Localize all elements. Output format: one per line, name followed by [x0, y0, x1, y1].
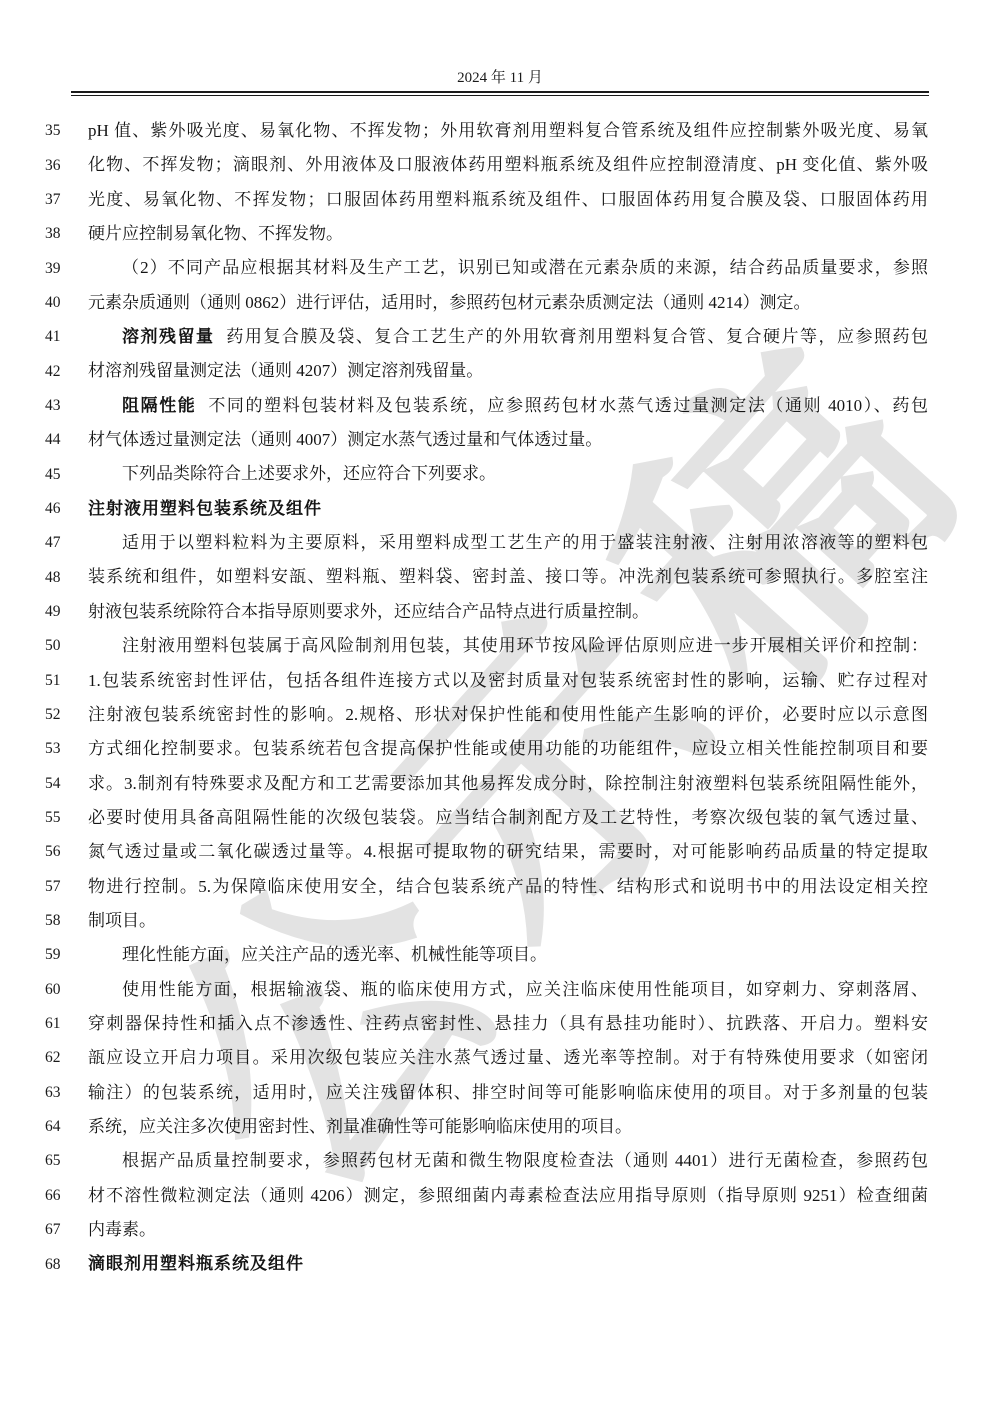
bold-run-in-heading: 阻隔性能: [122, 396, 196, 415]
text-line: 46 注射液用塑料包装系统及组件: [0, 492, 1000, 526]
line-number: 47: [45, 534, 88, 552]
line-body-text: 注射液包装系统密封性的影响。2.规格、形状对保护性能和使用性能产生影响的评价，必…: [88, 705, 928, 724]
line-text: 内毒素。: [88, 1213, 928, 1247]
line-text: 方式细化控制要求。包装系统若包含提高保护性能或使用功能的功能组件，应设立相关性能…: [88, 732, 928, 766]
line-body-text: 元素杂质通则（通则 0862）进行评估，适用时，参照药包材元素杂质测定法（通则 …: [88, 293, 811, 312]
line-body-text: 氮气透过量或二氧化碳透过量等。4.根据可提取物的研究结果，需要时，对可能影响药品…: [88, 842, 928, 861]
line-text: 射液包装系统除符合本指导原则要求外，还应结合产品特点进行质量控制。: [88, 595, 928, 629]
text-line: 60 使用性能方面，根据输液袋、瓶的临床使用方式，应关注临床使用性能项目，如穿刺…: [0, 973, 1000, 1007]
line-text: 1.包装系统密封性评估，包括各组件连接方式以及密封质量对包装系统密封性的影响，运…: [88, 664, 928, 698]
line-body-text: 理化性能方面，应关注产品的透光率、机械性能等项目。: [122, 945, 547, 964]
line-number: 56: [45, 843, 88, 861]
line-text: 氮气透过量或二氧化碳透过量等。4.根据可提取物的研究结果，需要时，对可能影响药品…: [88, 835, 928, 869]
text-line: 37 光度、易氧化物、不挥发物；口服固体药用塑料瓶系统及组件、口服固体药用复合膜…: [0, 183, 1000, 217]
text-line: 61 穿刺器保持性和插入点不渗透性、注药点密封性、悬挂力（具有悬挂功能时）、抗跌…: [0, 1007, 1000, 1041]
document-page: 公示稿 2024 年 11 月 35 pH 值、紫外吸光度、易氧化物、不挥发物；…: [0, 0, 1000, 1414]
document-body: 35 pH 值、紫外吸光度、易氧化物、不挥发物；外用软膏剂用塑料复合管系统及组件…: [0, 114, 1000, 1282]
text-line: 47 适用于以塑料粒料为主要原料，采用塑料成型工艺生产的用于盛装注射液、注射用浓…: [0, 526, 1000, 560]
text-line: 58 制项目。: [0, 904, 1000, 938]
line-body-text: 输注）的包装系统，适用时，应关注残留体积、排空时间等可能影响临床使用的项目。对于…: [88, 1083, 928, 1102]
line-number: 64: [45, 1118, 88, 1136]
line-number: 59: [45, 946, 88, 964]
line-text: 求。3.制剂有特殊要求及配方和工艺需要添加其他易挥发成分时，除控制注射液塑料包装…: [88, 767, 928, 801]
line-number: 57: [45, 878, 88, 896]
line-text: 溶剂残留量药用复合膜及袋、复合工艺生产的外用软膏剂用塑料复合管、复合硬片等，应参…: [88, 320, 928, 354]
line-text: 输注）的包装系统，适用时，应关注残留体积、排空时间等可能影响临床使用的项目。对于…: [88, 1076, 928, 1110]
text-line: 56 氮气透过量或二氧化碳透过量等。4.根据可提取物的研究结果，需要时，对可能影…: [0, 835, 1000, 869]
line-number: 61: [45, 1015, 88, 1033]
text-line: 40 元素杂质通则（通则 0862）进行评估，适用时，参照药包材元素杂质测定法（…: [0, 286, 1000, 320]
line-text: 材溶剂残留量测定法（通则 4207）测定溶剂残留量。: [88, 354, 928, 388]
line-number: 38: [45, 225, 88, 243]
line-text: 注射液包装系统密封性的影响。2.规格、形状对保护性能和使用性能产生影响的评价，必…: [88, 698, 928, 732]
text-line: 35 pH 值、紫外吸光度、易氧化物、不挥发物；外用软膏剂用塑料复合管系统及组件…: [0, 114, 1000, 148]
line-number: 50: [45, 637, 88, 655]
line-body-text: 穿刺器保持性和插入点不渗透性、注药点密封性、悬挂力（具有悬挂功能时）、抗跌落、开…: [88, 1014, 928, 1033]
text-line: 64 系统，应关注多次使用密封性、剂量准确性等可能影响临床使用的项目。: [0, 1110, 1000, 1144]
line-text: 穿刺器保持性和插入点不渗透性、注药点密封性、悬挂力（具有悬挂功能时）、抗跌落、开…: [88, 1007, 928, 1041]
line-body-text: 光度、易氧化物、不挥发物；口服固体药用塑料瓶系统及组件、口服固体药用复合膜及袋、…: [88, 190, 928, 209]
line-body-text: 系统，应关注多次使用密封性、剂量准确性等可能影响临床使用的项目。: [88, 1117, 632, 1136]
line-body-text: 注射液用塑料包装属于高风险制剂用包装，其使用环节按风险评估原则应进一步开展相关评…: [122, 636, 928, 655]
line-body-text: 内毒素。: [88, 1220, 156, 1239]
line-body-text: 必要时使用具备高阻隔性能的次级包装袋。应当结合制剂配方及工艺特性，考察次级包装的…: [88, 808, 928, 827]
line-body-text: 瓿应设立开启力项目。采用次级包装应关注水蒸气透过量、透光率等控制。对于有特殊使用…: [88, 1048, 928, 1067]
line-text: 元素杂质通则（通则 0862）进行评估，适用时，参照药包材元素杂质测定法（通则 …: [88, 286, 928, 320]
line-body-text: 药用复合膜及袋、复合工艺生产的外用软膏剂用塑料复合管、复合硬片等，应参照药包: [226, 327, 928, 346]
text-line: 48 装系统和组件，如塑料安瓿、塑料瓶、塑料袋、密封盖、接口等。冲洗剂包装系统可…: [0, 560, 1000, 594]
line-text: 必要时使用具备高阻隔性能的次级包装袋。应当结合制剂配方及工艺特性，考察次级包装的…: [88, 801, 928, 835]
line-text: 滴眼剂用塑料瓶系统及组件: [88, 1247, 928, 1281]
text-line: 62 瓿应设立开启力项目。采用次级包装应关注水蒸气透过量、透光率等控制。对于有特…: [0, 1041, 1000, 1075]
line-body-text: 制项目。: [88, 911, 156, 930]
line-number: 52: [45, 706, 88, 724]
line-number: 53: [45, 740, 88, 758]
text-line: 45 下列品类除符合上述要求外，还应符合下列要求。: [0, 457, 1000, 491]
line-number: 68: [45, 1256, 88, 1274]
line-number: 51: [45, 672, 88, 690]
line-text: （2）不同产品应根据其材料及生产工艺，识别已知或潜在元素杂质的来源，结合药品质量…: [88, 251, 928, 285]
bold-run-in-heading: 溶剂残留量: [122, 327, 215, 346]
line-number: 46: [45, 500, 88, 518]
line-number: 54: [45, 775, 88, 793]
line-text: 下列品类除符合上述要求外，还应符合下列要求。: [88, 457, 928, 491]
line-body-text: pH 值、紫外吸光度、易氧化物、不挥发物；外用软膏剂用塑料复合管系统及组件应控制…: [88, 121, 928, 140]
text-line: 50 注射液用塑料包装属于高风险制剂用包装，其使用环节按风险评估原则应进一步开展…: [0, 629, 1000, 663]
line-text: 使用性能方面，根据输液袋、瓶的临床使用方式，应关注临床使用性能项目，如穿刺力、穿…: [88, 973, 928, 1007]
line-number: 60: [45, 981, 88, 999]
line-body-text: 使用性能方面，根据输液袋、瓶的临床使用方式，应关注临床使用性能项目，如穿刺力、穿…: [122, 980, 928, 999]
line-body-text: 下列品类除符合上述要求外，还应符合下列要求。: [122, 464, 496, 483]
line-number: 67: [45, 1221, 88, 1239]
line-number: 66: [45, 1187, 88, 1205]
line-number: 62: [45, 1049, 88, 1067]
line-text: 瓿应设立开启力项目。采用次级包装应关注水蒸气透过量、透光率等控制。对于有特殊使用…: [88, 1041, 928, 1075]
line-number: 41: [45, 328, 88, 346]
line-number: 49: [45, 603, 88, 621]
line-text: 制项目。: [88, 904, 928, 938]
line-body-text: 根据产品质量控制要求，参照药包材无菌和微生物限度检查法（通则 4401）进行无菌…: [122, 1151, 928, 1170]
line-body-text: 适用于以塑料粒料为主要原料，采用塑料成型工艺生产的用于盛装注射液、注射用浓溶液等…: [122, 533, 928, 552]
line-text: 阻隔性能不同的塑料包装材料及包装系统，应参照药包材水蒸气透过量测定法（通则 40…: [88, 389, 928, 423]
line-body-text: 化物、不挥发物；滴眼剂、外用液体及口服液体药用塑料瓶系统及组件应控制澄清度、pH…: [88, 155, 928, 174]
line-text: 适用于以塑料粒料为主要原料，采用塑料成型工艺生产的用于盛装注射液、注射用浓溶液等…: [88, 526, 928, 560]
text-line: 67 内毒素。: [0, 1213, 1000, 1247]
line-body-text: 滴眼剂用塑料瓶系统及组件: [88, 1254, 304, 1273]
text-line: 52 注射液包装系统密封性的影响。2.规格、形状对保护性能和使用性能产生影响的评…: [0, 698, 1000, 732]
text-line: 55 必要时使用具备高阻隔性能的次级包装袋。应当结合制剂配方及工艺特性，考察次级…: [0, 801, 1000, 835]
line-number: 48: [45, 569, 88, 587]
line-text: 化物、不挥发物；滴眼剂、外用液体及口服液体药用塑料瓶系统及组件应控制澄清度、pH…: [88, 148, 928, 182]
text-line: 68 滴眼剂用塑料瓶系统及组件: [0, 1247, 1000, 1281]
line-text: 物进行控制。5.为保障临床使用安全，结合包装系统产品的特性、结构形式和说明书中的…: [88, 870, 928, 904]
text-line: 53 方式细化控制要求。包装系统若包含提高保护性能或使用功能的功能组件，应设立相…: [0, 732, 1000, 766]
line-body-text: 硬片应控制易氧化物、不挥发物。: [88, 224, 343, 243]
text-line: 38 硬片应控制易氧化物、不挥发物。: [0, 217, 1000, 251]
line-number: 44: [45, 431, 88, 449]
line-body-text: 方式细化控制要求。包装系统若包含提高保护性能或使用功能的功能组件，应设立相关性能…: [88, 739, 928, 758]
line-body-text: 不同的塑料包装材料及包装系统，应参照药包材水蒸气透过量测定法（通则 4010）、…: [208, 396, 928, 415]
line-body-text: （2）不同产品应根据其材料及生产工艺，识别已知或潜在元素杂质的来源，结合药品质量…: [122, 258, 928, 277]
line-body-text: 材溶剂残留量测定法（通则 4207）测定溶剂残留量。: [88, 361, 483, 380]
line-text: 硬片应控制易氧化物、不挥发物。: [88, 217, 928, 251]
line-number: 40: [45, 294, 88, 312]
page-header: 2024 年 11 月: [0, 0, 1000, 96]
line-body-text: 材不溶性微粒测定法（通则 4206）测定，参照细菌内毒素检查法应用指导原则（指导…: [88, 1186, 928, 1205]
line-number: 63: [45, 1084, 88, 1102]
text-line: 41 溶剂残留量药用复合膜及袋、复合工艺生产的外用软膏剂用塑料复合管、复合硬片等…: [0, 320, 1000, 354]
line-body-text: 求。3.制剂有特殊要求及配方和工艺需要添加其他易挥发成分时，除控制注射液塑料包装…: [88, 774, 928, 793]
line-number: 55: [45, 809, 88, 827]
line-text: 材不溶性微粒测定法（通则 4206）测定，参照细菌内毒素检查法应用指导原则（指导…: [88, 1179, 928, 1213]
text-line: 49 射液包装系统除符合本指导原则要求外，还应结合产品特点进行质量控制。: [0, 595, 1000, 629]
line-body-text: 射液包装系统除符合本指导原则要求外，还应结合产品特点进行质量控制。: [88, 602, 649, 621]
text-line: 59 理化性能方面，应关注产品的透光率、机械性能等项目。: [0, 938, 1000, 972]
text-line: 44 材气体透过量测定法（通则 4007）测定水蒸气透过量和气体透过量。: [0, 423, 1000, 457]
header-date: 2024 年 11 月: [0, 68, 1000, 88]
line-number: 36: [45, 157, 88, 175]
line-body-text: 1.包装系统密封性评估，包括各组件连接方式以及密封质量对包装系统密封性的影响，运…: [88, 671, 928, 690]
line-text: 装系统和组件，如塑料安瓿、塑料瓶、塑料袋、密封盖、接口等。冲洗剂包装系统可参照执…: [88, 560, 928, 594]
line-text: 注射液用塑料包装系统及组件: [88, 492, 928, 526]
text-line: 39 （2）不同产品应根据其材料及生产工艺，识别已知或潜在元素杂质的来源，结合药…: [0, 251, 1000, 285]
line-number: 65: [45, 1152, 88, 1170]
text-line: 57 物进行控制。5.为保障临床使用安全，结合包装系统产品的特性、结构形式和说明…: [0, 870, 1000, 904]
line-number: 39: [45, 260, 88, 278]
line-number: 43: [45, 397, 88, 415]
line-body-text: 物进行控制。5.为保障临床使用安全，结合包装系统产品的特性、结构形式和说明书中的…: [88, 877, 928, 896]
line-text: 光度、易氧化物、不挥发物；口服固体药用塑料瓶系统及组件、口服固体药用复合膜及袋、…: [88, 183, 928, 217]
line-text: 材气体透过量测定法（通则 4007）测定水蒸气透过量和气体透过量。: [88, 423, 928, 457]
header-rule: [71, 91, 929, 96]
line-number: 37: [45, 191, 88, 209]
line-number: 35: [45, 122, 88, 140]
line-text: 理化性能方面，应关注产品的透光率、机械性能等项目。: [88, 938, 928, 972]
line-text: 注射液用塑料包装属于高风险制剂用包装，其使用环节按风险评估原则应进一步开展相关评…: [88, 629, 928, 663]
line-number: 42: [45, 363, 88, 381]
line-text: 根据产品质量控制要求，参照药包材无菌和微生物限度检查法（通则 4401）进行无菌…: [88, 1144, 928, 1178]
line-body-text: 装系统和组件，如塑料安瓿、塑料瓶、塑料袋、密封盖、接口等。冲洗剂包装系统可参照执…: [88, 567, 928, 586]
line-text: 系统，应关注多次使用密封性、剂量准确性等可能影响临床使用的项目。: [88, 1110, 928, 1144]
text-line: 43 阻隔性能不同的塑料包装材料及包装系统，应参照药包材水蒸气透过量测定法（通则…: [0, 389, 1000, 423]
line-number: 58: [45, 912, 88, 930]
text-line: 42 材溶剂残留量测定法（通则 4207）测定溶剂残留量。: [0, 354, 1000, 388]
text-line: 65 根据产品质量控制要求，参照药包材无菌和微生物限度检查法（通则 4401）进…: [0, 1144, 1000, 1178]
line-body-text: 注射液用塑料包装系统及组件: [88, 499, 322, 518]
text-line: 63 输注）的包装系统，适用时，应关注残留体积、排空时间等可能影响临床使用的项目…: [0, 1076, 1000, 1110]
text-line: 36 化物、不挥发物；滴眼剂、外用液体及口服液体药用塑料瓶系统及组件应控制澄清度…: [0, 148, 1000, 182]
text-line: 66 材不溶性微粒测定法（通则 4206）测定，参照细菌内毒素检查法应用指导原则…: [0, 1179, 1000, 1213]
line-body-text: 材气体透过量测定法（通则 4007）测定水蒸气透过量和气体透过量。: [88, 430, 602, 449]
text-line: 54 求。3.制剂有特殊要求及配方和工艺需要添加其他易挥发成分时，除控制注射液塑…: [0, 767, 1000, 801]
line-number: 45: [45, 466, 88, 484]
line-text: pH 值、紫外吸光度、易氧化物、不挥发物；外用软膏剂用塑料复合管系统及组件应控制…: [88, 114, 928, 148]
text-line: 51 1.包装系统密封性评估，包括各组件连接方式以及密封质量对包装系统密封性的影…: [0, 664, 1000, 698]
